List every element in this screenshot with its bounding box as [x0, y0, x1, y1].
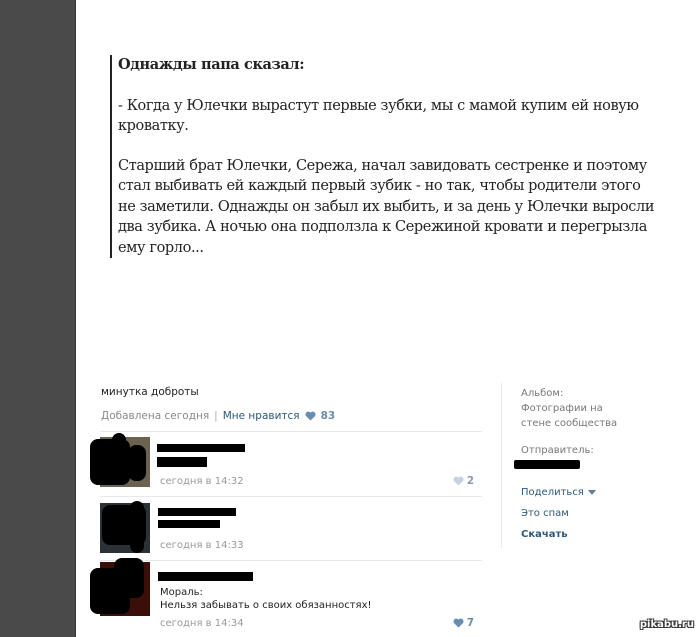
watermark: pikabu.ru: [640, 619, 694, 630]
comment-text: Нельзя забывать о своих обязанностях!: [160, 599, 372, 613]
dark-side-panel: [0, 0, 76, 637]
album-value[interactable]: Фотографии на стене сообщества: [521, 401, 631, 431]
comment-text: Мораль:: [160, 586, 203, 600]
added-date: Добавлена сегодня: [101, 410, 209, 422]
photo-paragraph: Старший брат Юлечки, Сережа, начал завид…: [118, 156, 655, 259]
download-link[interactable]: Скачать: [521, 529, 568, 540]
avatar-redacted[interactable]: [100, 437, 150, 487]
chevron-down-icon: [588, 490, 596, 495]
photo-paragraph: - Когда у Юлечки вырастут первые зубки, …: [118, 96, 655, 137]
sidebar-separator: [501, 383, 502, 548]
comment-text-redacted: [158, 520, 220, 528]
heart-icon: [453, 476, 464, 486]
meta-separator: |: [214, 410, 218, 422]
photo-image-text: Однажды папа сказал: - Когда у Юлечки вы…: [110, 55, 655, 258]
comment-like-button[interactable]: 7: [453, 617, 474, 629]
author-name-redacted[interactable]: [158, 572, 253, 581]
divider: [100, 560, 482, 561]
comment-like-button[interactable]: 2: [453, 475, 474, 487]
comment-like-count: 7: [467, 617, 474, 629]
avatar-redacted[interactable]: [100, 503, 150, 553]
avatar-redacted[interactable]: [100, 562, 150, 616]
sender-label: Отправитель:: [521, 443, 594, 458]
comment-item: сегодня в 14:32 2: [100, 437, 482, 489]
author-name-redacted[interactable]: [158, 508, 236, 516]
author-name-redacted[interactable]: [157, 444, 245, 452]
comment-item: Мораль: Нельзя забывать о своих обязанно…: [100, 566, 482, 628]
divider: [100, 496, 482, 497]
album-label: Альбом:: [521, 386, 563, 401]
spam-button[interactable]: Это спам: [521, 506, 569, 521]
sender-redacted[interactable]: [514, 460, 580, 469]
comment-item: сегодня в 14:33: [100, 503, 482, 553]
comment-like-count: 2: [467, 475, 474, 487]
post-title: минутка доброты: [101, 386, 199, 398]
heart-icon: [453, 618, 464, 628]
divider: [100, 431, 482, 432]
post-meta: Добавлена сегодня | Мне нравится 83: [101, 410, 335, 422]
comment-time[interactable]: сегодня в 14:34: [160, 618, 244, 629]
spam-link[interactable]: Это спам: [521, 508, 569, 519]
photo-heading: Однажды папа сказал:: [118, 55, 655, 76]
share-button[interactable]: Поделиться: [521, 485, 596, 500]
comment-time[interactable]: сегодня в 14:33: [160, 540, 244, 551]
comment-time[interactable]: сегодня в 14:32: [160, 476, 244, 487]
like-button[interactable]: Мне нравится: [223, 410, 300, 422]
comment-text-redacted: [157, 457, 207, 467]
like-count: 83: [321, 410, 336, 422]
share-link[interactable]: Поделиться: [521, 487, 584, 498]
heart-icon[interactable]: [305, 411, 316, 421]
download-button[interactable]: Скачать: [521, 527, 568, 542]
